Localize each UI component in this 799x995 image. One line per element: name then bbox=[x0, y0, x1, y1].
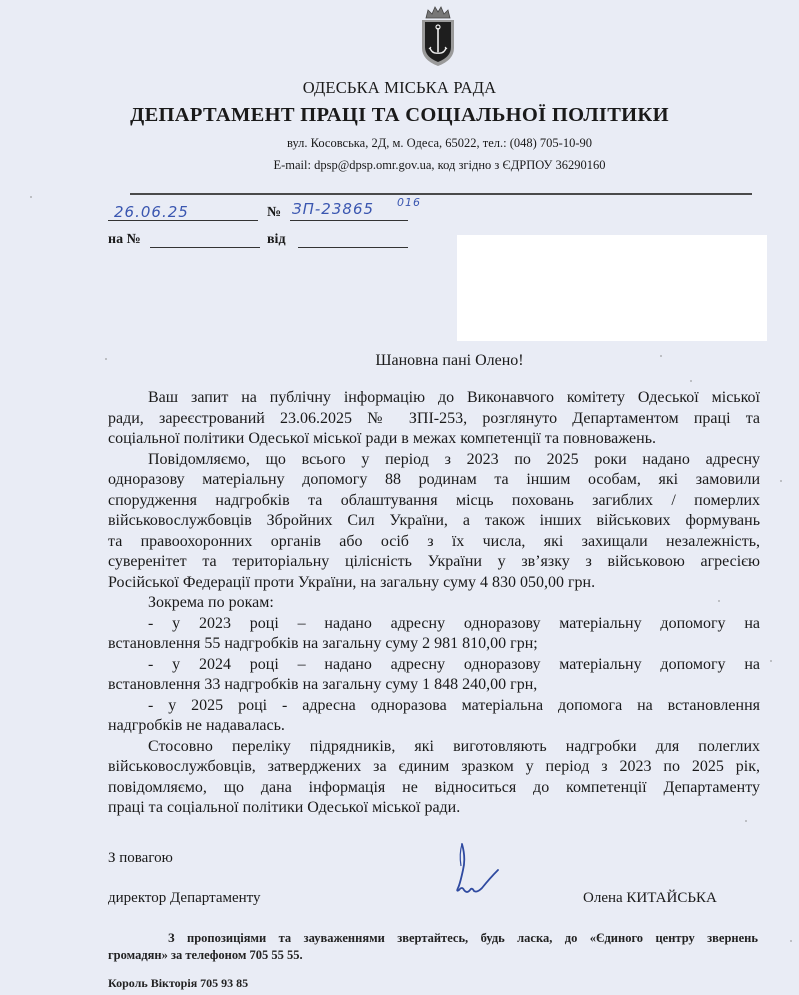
paragraph-summary: Повідомляємо, що всього у період з 2023 … bbox=[108, 450, 760, 594]
closing-regards: З повагою bbox=[108, 850, 173, 867]
department-name: ДЕПАРТАМЕНТ ПРАЦІ ТА СОЦІАЛЬНОЇ ПОЛІТИКИ bbox=[0, 104, 799, 127]
contact-note-line: З пропозиціями та зауваженнями звертайте… bbox=[108, 930, 758, 947]
paragraph-by-year-heading: Зокрема по рокам: bbox=[108, 593, 760, 614]
text-line: - у 2024 році – надано адресну одноразов… bbox=[108, 655, 760, 676]
text-line: спорудження надгробків та облаштування м… bbox=[108, 491, 760, 512]
organization-name: ОДЕСЬКА МІСЬКА РАДА bbox=[0, 78, 799, 98]
date-underline bbox=[108, 220, 258, 221]
text-line: встановлення 55 надгробків на загальну с… bbox=[108, 634, 760, 655]
scan-speck bbox=[30, 196, 32, 198]
text-line: надгробків не надавалась. bbox=[108, 716, 760, 737]
text-line: - у 2025 році - адресна одноразова матер… bbox=[108, 696, 760, 717]
text-line: ради, зареєстрований 23.06.2025 № ЗПІ-25… bbox=[108, 409, 760, 430]
text-line: Ваш запит на публічну інформацію до Вико… bbox=[108, 388, 760, 409]
scan-speck bbox=[790, 940, 792, 942]
department-email: E-mail: dpsp@dpsp.omr.gov.ua, код згідно… bbox=[40, 158, 799, 173]
outgoing-number: ЗП-23865 bbox=[292, 200, 374, 218]
outgoing-number-label: № bbox=[267, 205, 281, 221]
year-2025-item: - у 2025 році - адресна одноразова матер… bbox=[108, 696, 760, 737]
outgoing-date: 26.06.25 bbox=[114, 203, 189, 221]
letterhead-divider bbox=[130, 193, 752, 195]
paragraph-request: Ваш запит на публічну інформацію до Вико… bbox=[108, 388, 760, 450]
signature-icon bbox=[450, 840, 510, 898]
year-2023-item: - у 2023 році – надано адресну одноразов… bbox=[108, 614, 760, 655]
department-address: вул. Косовська, 2Д, м. Одеса, 65022, тел… bbox=[40, 136, 799, 151]
text-line: праці та соціальної політики Одеської мі… bbox=[108, 798, 760, 819]
signer-position: директор Департаменту bbox=[108, 890, 261, 907]
text-line: - у 2023 році – надано адресну одноразов… bbox=[108, 614, 760, 635]
text-line: та правоохоронних органів або осіб з їх … bbox=[108, 532, 760, 553]
contact-note-line: громадян» за телефоном 705 55 55. bbox=[108, 948, 303, 962]
text-line: військовослужбовців Збройних Сил України… bbox=[108, 511, 760, 532]
contact-note: З пропозиціями та зауваженнями звертайте… bbox=[108, 930, 758, 964]
letter-page: ОДЕСЬКА МІСЬКА РАДА ДЕПАРТАМЕНТ ПРАЦІ ТА… bbox=[0, 0, 799, 995]
text-line: військовослужбовців, затверджених за єди… bbox=[108, 757, 760, 778]
executor-contact: Король Вікторія 705 93 85 bbox=[108, 976, 248, 991]
text-line: одноразову матеріальну допомогу 88 родин… bbox=[108, 470, 760, 491]
scan-speck bbox=[745, 820, 747, 822]
text-line: суверенітет та територіальну цілісність … bbox=[108, 552, 760, 573]
redacted-recipient-block bbox=[457, 235, 767, 341]
number-underline bbox=[290, 220, 408, 221]
scan-speck bbox=[780, 480, 782, 482]
scan-speck bbox=[690, 380, 692, 382]
text-line: Російської Федерації проти України, на з… bbox=[108, 573, 760, 594]
text-line: Зокрема по рокам: bbox=[108, 593, 760, 614]
letter-body: Ваш запит на публічну інформацію до Вико… bbox=[108, 388, 760, 819]
salutation: Шановна пані Олено! bbox=[50, 352, 799, 370]
reference-number-field bbox=[150, 247, 260, 248]
scan-speck bbox=[718, 600, 720, 602]
reference-date-label: від bbox=[267, 232, 286, 248]
scan-speck bbox=[770, 660, 772, 662]
text-line: соціальної політики Одеської міської рад… bbox=[108, 429, 760, 450]
signer-name: Олена КИТАЙСЬКА bbox=[583, 890, 717, 907]
scan-speck bbox=[105, 358, 107, 360]
reference-number-label: на № bbox=[108, 232, 141, 248]
reference-date-field bbox=[298, 247, 408, 248]
paragraph-contractors: Стосовно переліку підрядників, які вигот… bbox=[108, 737, 760, 819]
text-line: встановлення 33 надгробків на загальну с… bbox=[108, 675, 760, 696]
text-line: Стосовно переліку підрядників, які вигот… bbox=[108, 737, 760, 758]
text-line: Повідомляємо, що всього у період з 2023 … bbox=[108, 450, 760, 471]
scan-speck bbox=[660, 355, 662, 357]
coat-of-arms-icon bbox=[418, 4, 458, 68]
outgoing-number-suffix: 016 bbox=[397, 196, 421, 209]
text-line: повідомляємо, що дана інформація не відн… bbox=[108, 778, 760, 799]
year-2024-item: - у 2024 році – надано адресну одноразов… bbox=[108, 655, 760, 696]
